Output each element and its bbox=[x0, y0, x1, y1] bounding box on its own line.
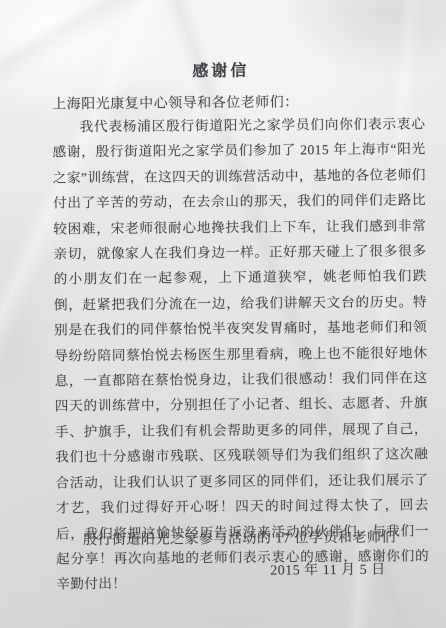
letter-body: 我代表杨浦区殷行街道阳光之家学员们向你们表示衷心感谢，殷行街道阳光之家学员们参加… bbox=[52, 111, 429, 597]
letter-greeting: 上海阳光康复中心领导和各位老师们： bbox=[52, 91, 299, 113]
letter-title: 感谢信 bbox=[0, 56, 444, 83]
letter-date: 2015 年 11 月 5 日 bbox=[270, 559, 386, 580]
thank-you-letter: 感谢信 上海阳光康复中心领导和各位老师们： 我代表杨浦区殷行街道阳光之家学员们向… bbox=[0, 0, 446, 628]
letter-signature: 殷行街道阳光之家参与活动的 17 位学员和老师们 bbox=[2, 526, 396, 549]
letter-photo: 感谢信 上海阳光康复中心领导和各位老师们： 我代表杨浦区殷行街道阳光之家学员们向… bbox=[0, 0, 446, 628]
